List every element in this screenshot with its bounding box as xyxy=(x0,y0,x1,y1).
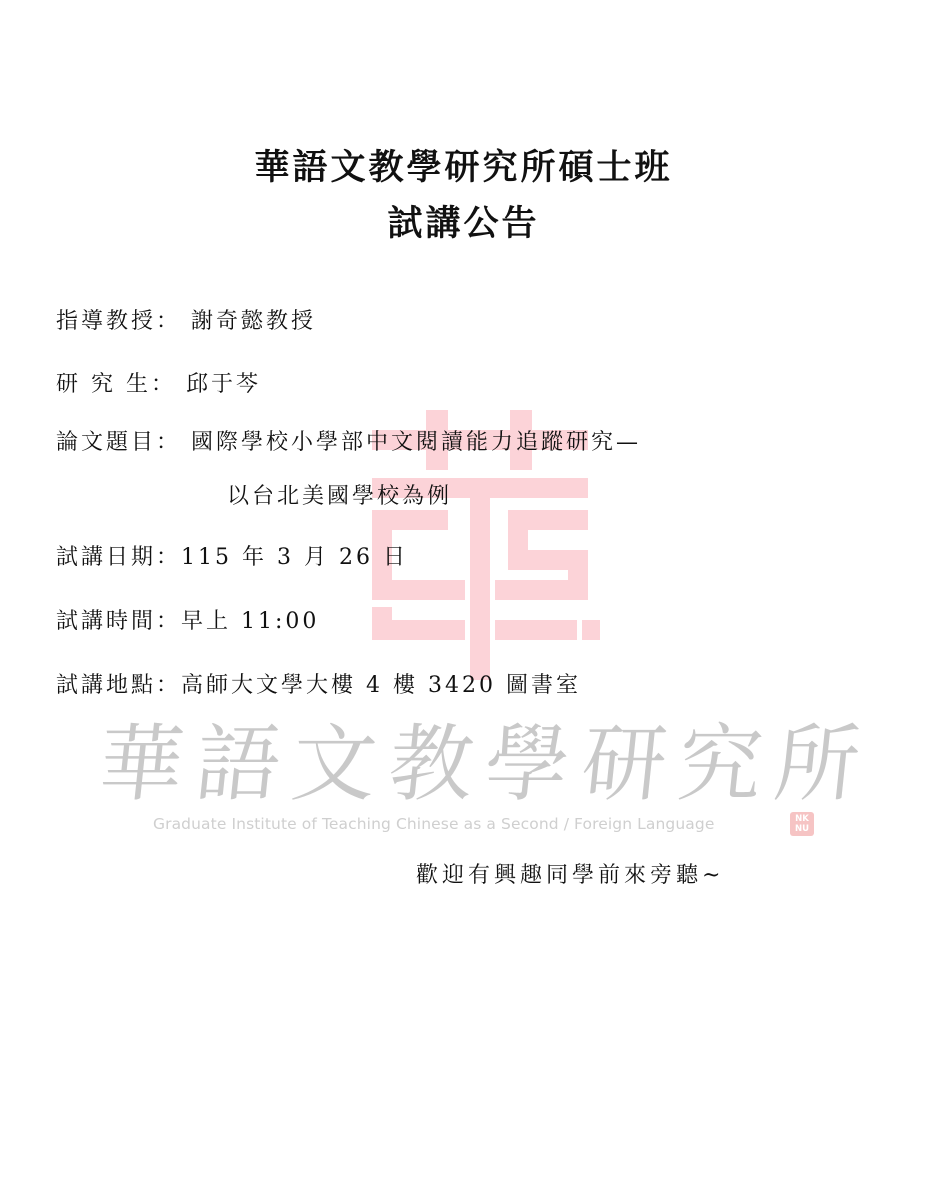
logo-dot xyxy=(582,620,600,640)
watermark-char: 研 xyxy=(576,697,673,818)
watermark-char: 所 xyxy=(770,697,867,818)
thesis-value-line1: 國際學校小學部中文閱讀能力追蹤研究— xyxy=(191,425,641,456)
student-row: 研 究 生：邱于芩 xyxy=(56,367,261,398)
watermark-char: 教 xyxy=(383,697,480,818)
thesis-value-line2: 以台北美國學校為例 xyxy=(227,479,452,510)
advisor-value: 謝奇懿教授 xyxy=(191,304,316,335)
date-row: 試講日期：115 年 3 月 26 日 xyxy=(56,540,408,571)
page-title: 華語文教學研究所碩士班 xyxy=(0,140,927,190)
watermark-char: 文 xyxy=(287,697,384,818)
time-value: 早上 11:00 xyxy=(181,604,319,635)
location-value: 高師大文學大樓 4 樓 3420 圖書室 xyxy=(181,668,581,699)
advisor-row: 指導教授：謝奇懿教授 xyxy=(56,304,316,335)
watermark-english: Graduate Institute of Teaching Chinese a… xyxy=(153,815,714,833)
logo-bar xyxy=(372,580,465,600)
logo-bar xyxy=(495,580,588,600)
thesis-row-continued: 以台北美國學校為例 xyxy=(227,479,452,510)
nknu-badge-icon: NK NU xyxy=(790,812,814,836)
closing-message: 歡迎有興趣同學前來旁聽~ xyxy=(416,858,724,889)
page-subtitle: 試講公告 xyxy=(0,196,927,246)
watermark-chinese: 華 語 文 教 學 研 究 所 xyxy=(100,712,860,802)
location-label: 試講地點： xyxy=(56,668,181,699)
date-value: 115 年 3 月 26 日 xyxy=(181,540,408,571)
logo-bar xyxy=(372,620,465,640)
watermark-char: 學 xyxy=(480,697,577,818)
badge-line: NK xyxy=(790,814,814,824)
location-row: 試講地點：高師大文學大樓 4 樓 3420 圖書室 xyxy=(56,668,581,699)
logo-bar xyxy=(495,620,577,640)
watermark-char: 華 xyxy=(94,697,191,818)
student-value: 邱于芩 xyxy=(186,367,261,398)
watermark-char: 究 xyxy=(673,697,770,818)
time-row: 試講時間：早上 11:00 xyxy=(56,604,319,635)
advisor-label: 指導教授： xyxy=(56,304,181,335)
logo-bar xyxy=(470,478,490,680)
date-label: 試講日期： xyxy=(56,540,181,571)
time-label: 試講時間： xyxy=(56,604,181,635)
thesis-row: 論文題目：國際學校小學部中文閱讀能力追蹤研究— xyxy=(56,425,641,456)
badge-line: NU xyxy=(790,824,814,834)
student-label: 研 究 生： xyxy=(56,367,176,398)
watermark-char: 語 xyxy=(190,697,287,818)
thesis-label: 論文題目： xyxy=(56,425,181,456)
